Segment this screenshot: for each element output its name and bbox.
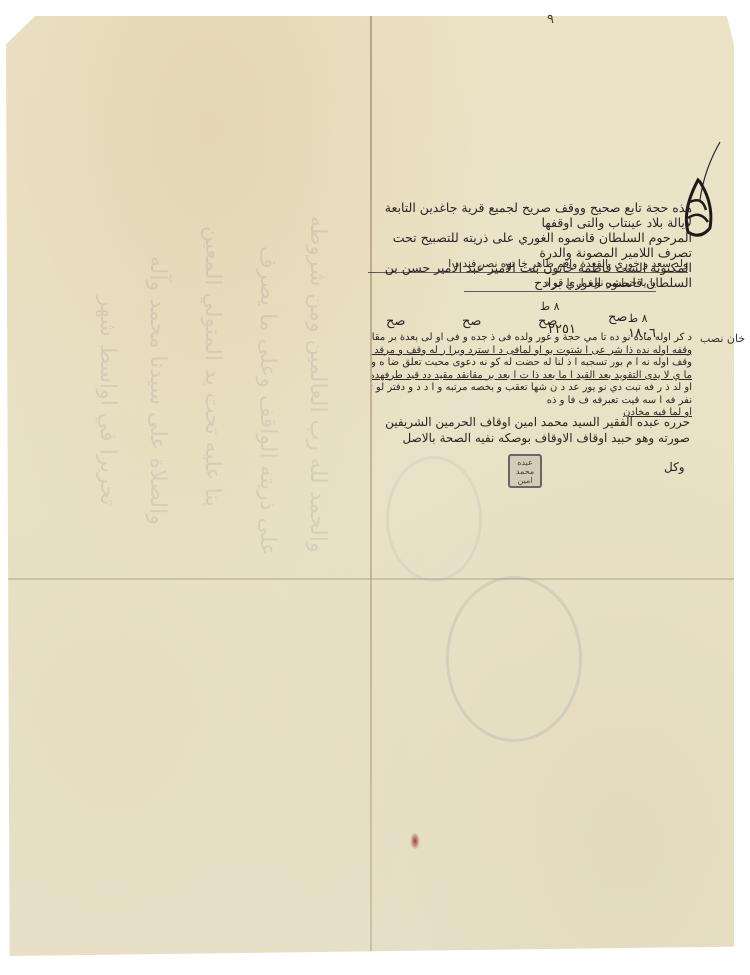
manuscript-sheet: والحمد لله رب العالمين ومن شروطه على ذري… <box>6 16 734 956</box>
body-text-block: د كر اوله ماده نو ده تا مي حجة و غور ولد… <box>372 332 692 420</box>
horizontal-fold-line <box>6 578 734 580</box>
body-line: نفر فه ا سه قيت تعبرفه ف فا و ذه <box>372 395 692 408</box>
sahh-mark: صح <box>608 310 627 325</box>
body-line: ما ي لا يدى التقويد بعد القيد ا ما بعد ذ… <box>372 370 692 383</box>
vertical-fold-line <box>370 16 372 956</box>
signature-block: حرره عبده الفقير السيد محمد امين اوقاف ا… <box>370 414 690 446</box>
body-line: وقف اوله نه ا م بور تسجبه ا ذ لنا له حضت… <box>372 357 692 370</box>
sahh-mark: صح <box>462 314 481 329</box>
figure-label: ٨ ط <box>540 300 560 313</box>
accounting-row: ولد سعد و خوري بالقعدة واقم ظاهر خا توه … <box>368 258 688 273</box>
water-stain <box>386 456 482 582</box>
body-line: د كر اوله ماده نو ده تا مي حجة و غور ولد… <box>372 332 692 345</box>
header-line: هذه حجة تابع صحيح ووقف صريح لجميع قرية ج… <box>372 200 692 230</box>
red-ink-stain <box>410 832 420 850</box>
bleed-through-column: والصلاة على سيدنا محمد وآله <box>146 256 168 525</box>
figure-label: ٨ ط <box>628 312 648 325</box>
body-line: او لد ذ ر فه تبت دي نو يور عد د ن شها تع… <box>372 382 692 395</box>
signature-line: حرره عبده الفقير السيد محمد امين اوقاف ا… <box>370 414 690 430</box>
signature-mark: وكل <box>664 460 685 474</box>
accounting-section: ولد سعد و خوري بالقعدة واقم ظاهر خا توه … <box>368 258 688 296</box>
sahh-mark: صح <box>386 314 405 329</box>
bleed-through-column: بنا عليه تحت يد المتولي المعين <box>201 226 223 507</box>
ink-seal-stamp: عبده محمد امين <box>508 454 542 488</box>
accounting-row: يا يا حماشر نو د ل يا قو د <box>464 277 656 292</box>
bleed-through-column: على ذريته الواقف وعلى ما يصرف <box>256 246 278 556</box>
signature-line: صورته وهو حبيد اوقاف الاوقاف بوصكه نفيه … <box>370 430 690 446</box>
water-stain <box>446 576 582 742</box>
body-line: وقفه اوله نده ذا شر عى ا شتوت بو او لماف… <box>372 345 692 358</box>
bleed-through-column: تحريرا في اواسط شهر <box>96 296 118 506</box>
margin-note: خان نصب <box>700 332 745 345</box>
folio-number: ٩ <box>547 12 554 27</box>
header-line: المرحوم السلطان قانصوه الغوري على ذريته … <box>372 230 692 260</box>
bleed-through-column: والحمد لله رب العالمين ومن شروطه <box>306 216 328 553</box>
